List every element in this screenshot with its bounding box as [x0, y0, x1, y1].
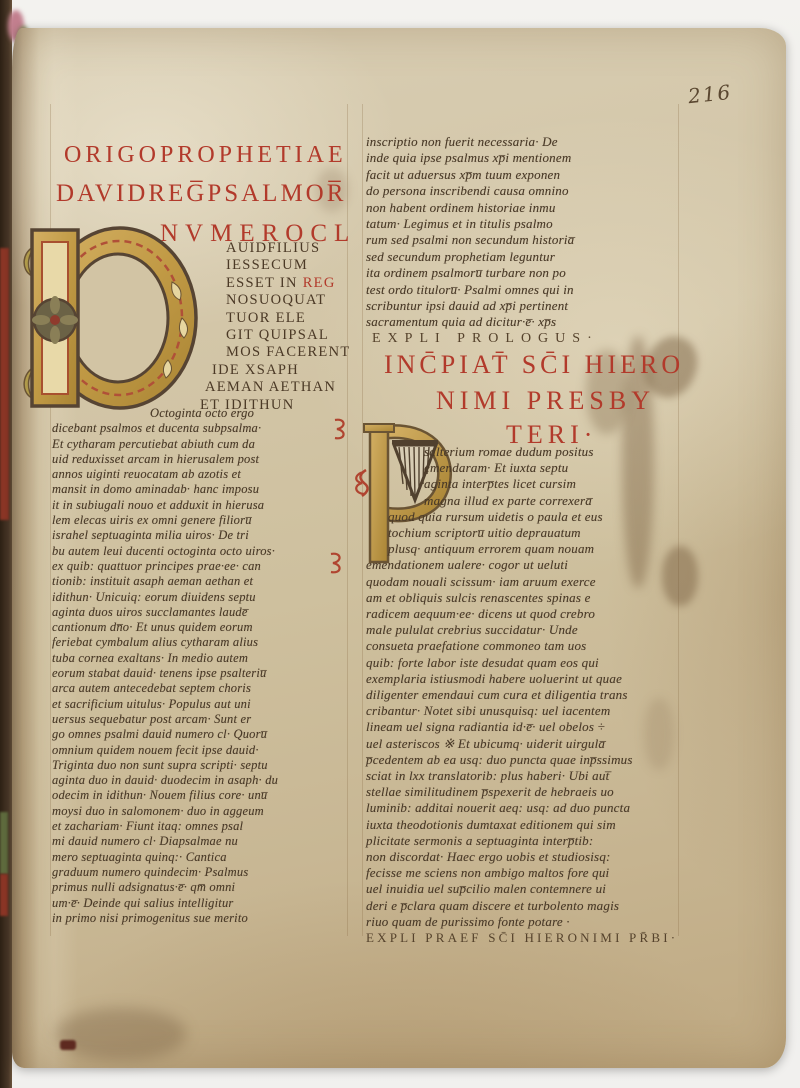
- red-paragraph-mark-icon: [352, 470, 368, 496]
- ruling-line-right-inner: [678, 104, 679, 936]
- right-column-body: salterium romae dudum positusemendaram· …: [366, 444, 678, 930]
- manuscript-text-line: plusq· antiquum errorem quam nouam: [388, 541, 678, 557]
- manuscript-text-line: rum sed psalmi non secundum historia̅: [366, 232, 676, 248]
- manuscript-text-line: quod quia rursum uidetis o paula et eus: [388, 509, 678, 525]
- manuscript-text-line: israhel septuaginta milia uiros· De tri: [52, 528, 352, 543]
- manuscript-text-line: Octoginta octo ergo: [150, 406, 352, 421]
- manuscript-text-line: um·e̅· Deinde qui salius intelligitur: [52, 896, 352, 911]
- manuscript-text-line: riuo quam de purissimo fonte potare ·: [366, 914, 678, 930]
- manuscript-text-line: bu autem leui ducenti octoginta octo uir…: [52, 544, 352, 559]
- manuscript-text-line: Et cytharam percutiebat abiuth cum da: [52, 437, 352, 452]
- manuscript-text-line: primus nulli adsignatus·e̅· qm̅ omni: [52, 880, 352, 895]
- manuscript-text-line: ex quib: quattuor principes prae·ee· can: [52, 559, 352, 574]
- folio-number: 216: [687, 80, 733, 108]
- right-column-top-body: inscriptio non fuerit necessaria· Deinde…: [366, 134, 676, 331]
- manuscript-text-line: odecim in idithun· Nouem filius core· un…: [52, 788, 352, 803]
- manuscript-text-line: graduum numero quindecim· Psalmus: [52, 865, 352, 880]
- uncial-line-text: AUIDFILIUS: [226, 240, 320, 256]
- red-paragraph-mark-icon: [328, 552, 344, 576]
- manuscript-text-line: aginta duos uiros succlamantes laude̅: [52, 605, 352, 620]
- manuscript-text-line: tatum· Legimus et in titulis psalmo: [366, 216, 676, 232]
- manuscript-text-line: uid reduxisset arcam in hierusalem post: [52, 452, 352, 467]
- uncial-line-text: AEMAN AETHAN: [205, 379, 336, 395]
- manuscript-text-line: do persona inscribendi causa omnino: [366, 183, 676, 199]
- uncial-line-text: MOS FACERENT: [226, 344, 351, 360]
- uncial-line: NOSUOQUAT: [226, 292, 360, 309]
- manuscript-text-line: et sacrificium uitulus· Populus aut uni: [52, 697, 352, 712]
- uncial-line: ESSET IN REG: [226, 275, 360, 292]
- uncial-line-text: TUOR ELE: [226, 310, 306, 326]
- manuscript-text-line: consueta praefatione commoneo tam uos: [366, 638, 678, 654]
- uncial-line-text: IDE XSAPH: [212, 362, 299, 378]
- manuscript-text-line: mansit in domo aminadab· hanc imposu: [52, 482, 352, 497]
- manuscript-text-line: mero septuaginta quinq:· Cantica: [52, 850, 352, 865]
- manuscript-text-line: tuba cornea exaltans· In medio autem: [52, 651, 352, 666]
- manuscript-text-line: emendaram· Et iuxta septu: [424, 460, 678, 476]
- title-rubric-line-1: ORIGOPROPHETIAE: [64, 142, 347, 169]
- manuscript-text-line: sacramentum quia ad dicitur·e̅· xp̅s: [366, 314, 676, 330]
- manuscript-text-line: moysi duo in salomonem· duo in aggeum: [52, 804, 352, 819]
- opening-uncial-block: AUIDFILIUS IESSECUM ESSET IN REG NOSUOQU…: [200, 240, 360, 414]
- uncial-line: AUIDFILIUS: [226, 240, 360, 257]
- illuminated-initial-d: [22, 220, 198, 420]
- facing-page-green-illumination-sliver: [0, 812, 8, 874]
- uncial-line: AEMAN AETHAN: [205, 379, 360, 396]
- manuscript-text-line: diligenter emendaui cum cura et diligent…: [366, 687, 678, 703]
- incipit-rubric-line-2: NIMI PRESBY: [436, 386, 655, 416]
- manuscript-text-line: quodam nouali scissum· iam aruum exerce: [366, 574, 678, 590]
- manuscript-text-line: facit ut aduersus xp̅m tuum exponen: [366, 167, 676, 183]
- manuscript-text-line: exemplaria istiusmodi habere uoluerint u…: [366, 671, 678, 687]
- manuscript-text-line: scribuntur ipsi dauid ad xp̅i pertinent: [366, 298, 676, 314]
- manuscript-text-line: tionib: instituit asaph aeman aethan et: [52, 574, 352, 589]
- uncial-line-rubric-text: REG: [303, 275, 336, 291]
- manuscript-text-line: ita ordinem psalmoru̅ turbare non po: [366, 265, 676, 281]
- manuscript-text-line: uel asteriscos ※ Et ubicumq· uiderit uir…: [366, 736, 678, 752]
- manuscript-text-line: inde quia ipse psalmus xp̅i mentionem: [366, 150, 676, 166]
- manuscript-text-line: annos uiginti reuocatam ab azotis et: [52, 467, 352, 482]
- manuscript-text-line: salterium romae dudum positus: [424, 444, 678, 460]
- manuscript-text-line: dicebant psalmos et ducenta subpsalma·: [52, 421, 352, 436]
- manuscript-text-line: uel inuidia uel sup̅cilio malen contemne…: [366, 881, 678, 897]
- manuscript-text-line: male pululat crebrius succidatur· Unde: [366, 622, 678, 638]
- manuscript-text-line: aginta duo in dauid· duodecim in asaph· …: [52, 773, 352, 788]
- manuscript-text-line: omnium quidem nouem fecit ipse dauid·: [52, 743, 352, 758]
- manuscript-text-line: aginta interp̅tes licet cursim: [424, 476, 678, 492]
- facing-page-red-illumination-sliver: [0, 248, 9, 520]
- manuscript-text-line: in primo nisi primogenitus sue merito: [52, 911, 352, 926]
- manuscript-text-line: quib: forte labor iste desudat quam eos …: [366, 655, 678, 671]
- manuscript-text-line: Triginta duo non sunt supra scripti· sep…: [52, 758, 352, 773]
- manuscript-text-line: cantionum dn̅o· Et unus quidem eorum: [52, 620, 352, 635]
- manuscript-text-line: am et obliquis sulcis renascentes spinas…: [366, 590, 678, 606]
- manuscript-text-line: sed secundum prophetiam leguntur: [366, 249, 676, 265]
- incipit-rubric-line-1: INC̄PIAT̄ SC̄I HIERO: [384, 350, 684, 380]
- manuscript-text-line: tochium scriptoru̅ uitio deprauatum: [388, 525, 678, 541]
- uncial-line: GIT QUIPSAL: [226, 327, 360, 344]
- uncial-line: IDE XSAPH: [212, 362, 360, 379]
- page-corner-shadow: [56, 1008, 186, 1060]
- left-column-body: Octoginta octo ergodicebant psalmos et d…: [52, 406, 352, 926]
- manuscript-text-line: lineam uel signa radiantia id·e̅· uel ob…: [366, 719, 678, 735]
- manuscript-text-line: plicitate sermonis a septuaginta interp̅…: [366, 833, 678, 849]
- manuscript-text-line: test ordo tituloru̅· Psalmi omnes qui in: [366, 282, 676, 298]
- manuscript-text-line: radicem aequum·ee· dicens ut quod crebro: [366, 606, 678, 622]
- manuscript-text-line: sciat in lxx translatorib: plus haberi· …: [366, 768, 678, 784]
- manuscript-text-line: p̅cedentem ab ea usq: duo puncta quae in…: [366, 752, 678, 768]
- binding-fragment: [60, 1040, 76, 1050]
- manuscript-text-line: cribantur· Notet sibi unusquisq: uel iac…: [366, 703, 678, 719]
- uncial-line-text: NOSUOQUAT: [226, 292, 326, 308]
- manuscript-text-line: non discordat· Haec ergo uobis et studio…: [366, 849, 678, 865]
- manuscript-text-line: et zachariam· Fiunt itaq: omnes psal: [52, 819, 352, 834]
- uncial-line-text: IESSECUM: [226, 257, 308, 273]
- explicit-preface-line: EXPLI PRAEF SC̄I HIERONIMI PR̄BI·: [366, 930, 678, 946]
- manuscript-text-line: uersus sequebatur post arcam· Sunt er: [52, 712, 352, 727]
- facing-page-red-illumination-sliver-2: [0, 874, 8, 916]
- manuscript-text-line: stellae similitudinem p̅spexerit de hebr…: [366, 784, 678, 800]
- manuscript-text-line: inscriptio non fuerit necessaria· De: [366, 134, 676, 150]
- uncial-line: TUOR ELE: [226, 310, 360, 327]
- manuscript-text-line: magna illud ex parte correxera̅: [424, 493, 678, 509]
- manuscript-text-line: non habent ordinem historiae inmu: [366, 200, 676, 216]
- uncial-line-text: ESSET IN: [226, 275, 303, 291]
- uncial-line: IESSECUM: [226, 257, 360, 274]
- manuscript-text-line: go omnes psalmi dauid numero cl· Quoru̅: [52, 727, 352, 742]
- manuscript-text-line: lem elecas uiris ex omni genere filioru̅: [52, 513, 352, 528]
- manuscript-text-line: luminib: additai nouerit aeq: usq: ad du…: [366, 800, 678, 816]
- manuscript-text-line: eorum stabat dauid· tenens ipse psalteri…: [52, 666, 352, 681]
- uncial-line: MOS FACERENT: [226, 344, 360, 361]
- red-paragraph-mark-icon: [332, 418, 348, 442]
- explicit-prologue-line: EXPLI PROLOGUS·: [372, 331, 599, 347]
- uncial-line-text: GIT QUIPSAL: [226, 327, 329, 343]
- manuscript-text-line: emendationem ualere· cogor ut ueluti: [366, 557, 678, 573]
- manuscript-text-line: iuxta theodotionis dumtaxat editionem qu…: [366, 817, 678, 833]
- manuscript-text-line: idithun· Unicuiq: eorum diuidens septu: [52, 590, 352, 605]
- manuscript-text-line: deri e p̅clara quam discere et turbolent…: [366, 898, 678, 914]
- book-spine-edge: [0, 0, 12, 1088]
- manuscript-text-line: arca autem antecedebat septem choris: [52, 681, 352, 696]
- manuscript-text-line: it in subiugali nouo et adduxit in hieru…: [52, 498, 352, 513]
- title-rubric-line-2: DAVIDREG̅PSALMOR̅: [56, 180, 346, 208]
- manuscript-text-line: fecisse me sciens non ambigo maltos fore…: [366, 865, 678, 881]
- manuscript-photo: { "page": { "number": "216" }, "colors":…: [0, 0, 800, 1088]
- manuscript-text-line: mi dauid numero cl· Diapsalmae nu: [52, 834, 352, 849]
- manuscript-text-line: feriebat cymbalum alius cytharam alius: [52, 635, 352, 650]
